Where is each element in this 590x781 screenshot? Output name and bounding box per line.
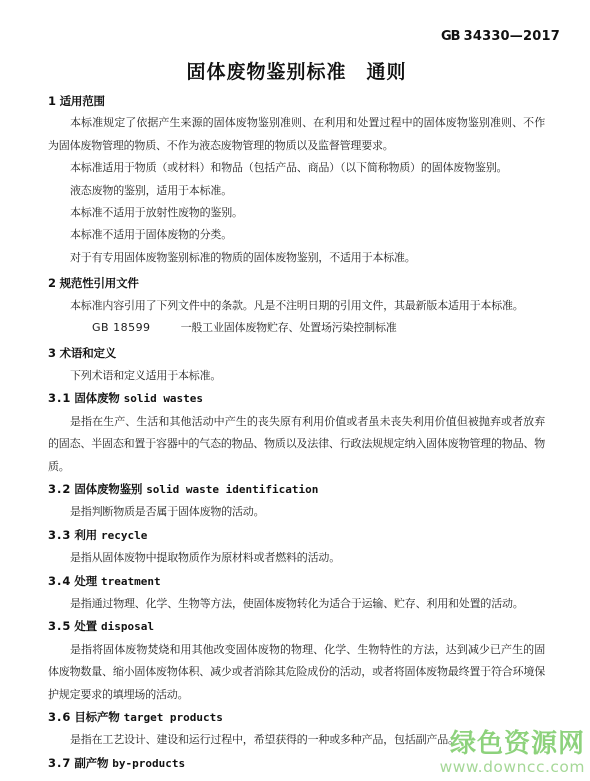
term-definition: 是指判断物质是否属于固体废物的活动。 bbox=[48, 501, 545, 523]
term-en: by-products bbox=[112, 757, 185, 770]
paragraph: 液态废物的鉴别，适用于本标准。 bbox=[48, 180, 545, 202]
term-3-7-heading: 3.7副产物by-products bbox=[48, 752, 545, 775]
term-number: 3.5 bbox=[48, 619, 71, 633]
paragraph: 本标准不适用于固体废物的分类。 bbox=[48, 224, 545, 246]
term-3-3-heading: 3.3利用recycle bbox=[48, 524, 545, 547]
section-2-heading: 2 规范性引用文件 bbox=[48, 272, 545, 294]
term-number: 3.4 bbox=[48, 574, 71, 588]
term-en: disposal bbox=[101, 620, 154, 633]
paragraph: 对于有专用固体废物鉴别标准的物质的固体废物鉴别，不适用于本标准。 bbox=[48, 247, 545, 269]
term-zh: 目标产物 bbox=[74, 710, 119, 724]
term-number: 3.7 bbox=[48, 756, 71, 770]
term-en: treatment bbox=[101, 575, 161, 588]
document-body: 1 适用范围 本标准规定了依据产生来源的固体废物鉴别准则、在利用和处置过程中的固… bbox=[48, 90, 545, 775]
paragraph: 本标准内容引用了下列文件中的条款。凡是不注明日期的引用文件，其最新版本适用于本标… bbox=[48, 295, 545, 317]
paragraph: 下列术语和定义适用于本标准。 bbox=[48, 365, 545, 387]
term-3-1-heading: 3.1固体废物solid wastes bbox=[48, 387, 545, 410]
document-page: GB34330—2017 固体废物鉴别标准 通则 1 适用范围 本标准规定了依据… bbox=[0, 0, 590, 781]
reference-code: GB 18599 bbox=[70, 317, 151, 339]
paragraph: 本标准适用于物质（或材料）和物品（包括产品、商品）（以下简称物质）的固体废物鉴别… bbox=[48, 157, 545, 179]
term-definition: 是指在工艺设计、建设和运行过程中，希望获得的一种或多种产品，包括副产品。 bbox=[48, 729, 545, 751]
term-number: 3.2 bbox=[48, 482, 71, 496]
gb-logo: GB bbox=[441, 29, 460, 44]
reference-title: 一般工业固体废物贮存、处置场污染控制标准 bbox=[181, 321, 397, 334]
term-definition: 是指在生产、生活和其他活动中产生的丧失原有利用价值或者虽未丧失利用价值但被抛弃或… bbox=[48, 411, 545, 478]
term-zh: 固体废物 bbox=[74, 391, 119, 405]
term-zh: 处置 bbox=[74, 619, 97, 633]
standard-number: 34330—2017 bbox=[464, 29, 560, 44]
paragraph: 本标准规定了依据产生来源的固体废物鉴别准则、在利用和处置过程中的固体废物鉴别准则… bbox=[48, 112, 545, 157]
term-en: solid waste identification bbox=[146, 483, 318, 496]
term-number: 3.3 bbox=[48, 528, 71, 542]
term-en: target products bbox=[124, 711, 223, 724]
term-zh: 副产物 bbox=[74, 756, 108, 770]
section-1-heading: 1 适用范围 bbox=[48, 90, 545, 112]
term-definition: 是指将固体废物焚烧和用其他改变固体废物的物理、化学、生物特性的方法，达到减少已产… bbox=[48, 639, 545, 706]
term-3-4-heading: 3.4处理treatment bbox=[48, 570, 545, 593]
reference-entry: GB 18599一般工业固体废物贮存、处置场污染控制标准 bbox=[48, 317, 545, 339]
standard-code: GB34330—2017 bbox=[441, 29, 560, 44]
term-3-5-heading: 3.5处置disposal bbox=[48, 615, 545, 638]
term-zh: 固体废物鉴别 bbox=[74, 482, 142, 496]
term-number: 3.6 bbox=[48, 710, 71, 724]
term-en: solid wastes bbox=[124, 392, 203, 405]
paragraph: 本标准不适用于放射性废物的鉴别。 bbox=[48, 202, 545, 224]
term-3-2-heading: 3.2固体废物鉴别solid waste identification bbox=[48, 478, 545, 501]
term-number: 3.1 bbox=[48, 391, 71, 405]
term-3-6-heading: 3.6目标产物target products bbox=[48, 706, 545, 729]
section-3-heading: 3 术语和定义 bbox=[48, 342, 545, 364]
term-zh: 处理 bbox=[74, 574, 97, 588]
term-definition: 是指通过物理、化学、生物等方法，使固体废物转化为适合于运输、贮存、利用和处置的活… bbox=[48, 593, 545, 615]
term-definition: 是指从固体废物中提取物质作为原材料或者燃料的活动。 bbox=[48, 547, 545, 569]
term-zh: 利用 bbox=[74, 528, 97, 542]
term-en: recycle bbox=[101, 529, 147, 542]
